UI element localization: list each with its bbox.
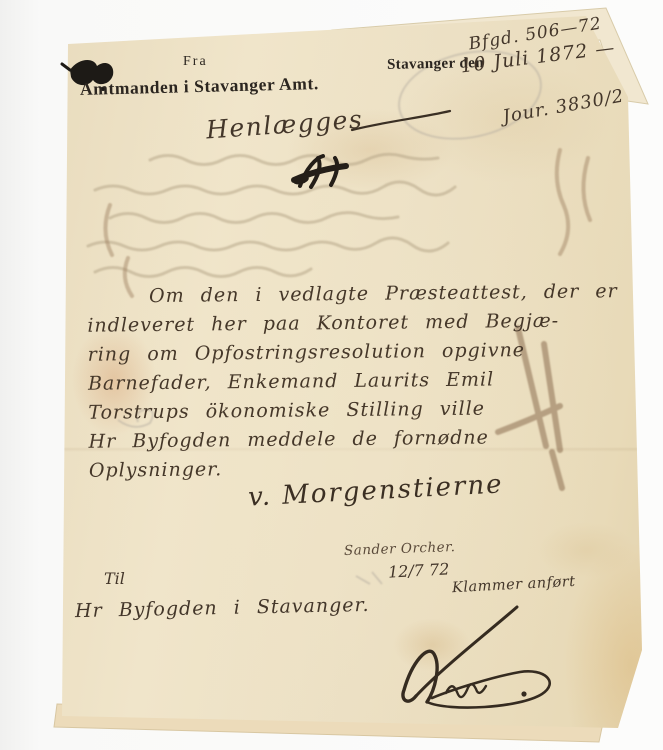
body-paragraph: Om den i vedlagte Præsteattest, der er i… <box>87 277 609 485</box>
clerk-date-note: 12/7 72 <box>388 559 450 581</box>
scanned-letter-page: Fra Amtmanden i Stavanger Amt. Stavanger… <box>0 0 663 750</box>
to-label: Til <box>104 569 125 588</box>
body-line: indleveret her paa Kontoret med Begjæ- <box>87 306 607 340</box>
from-label: Fra <box>183 54 208 70</box>
